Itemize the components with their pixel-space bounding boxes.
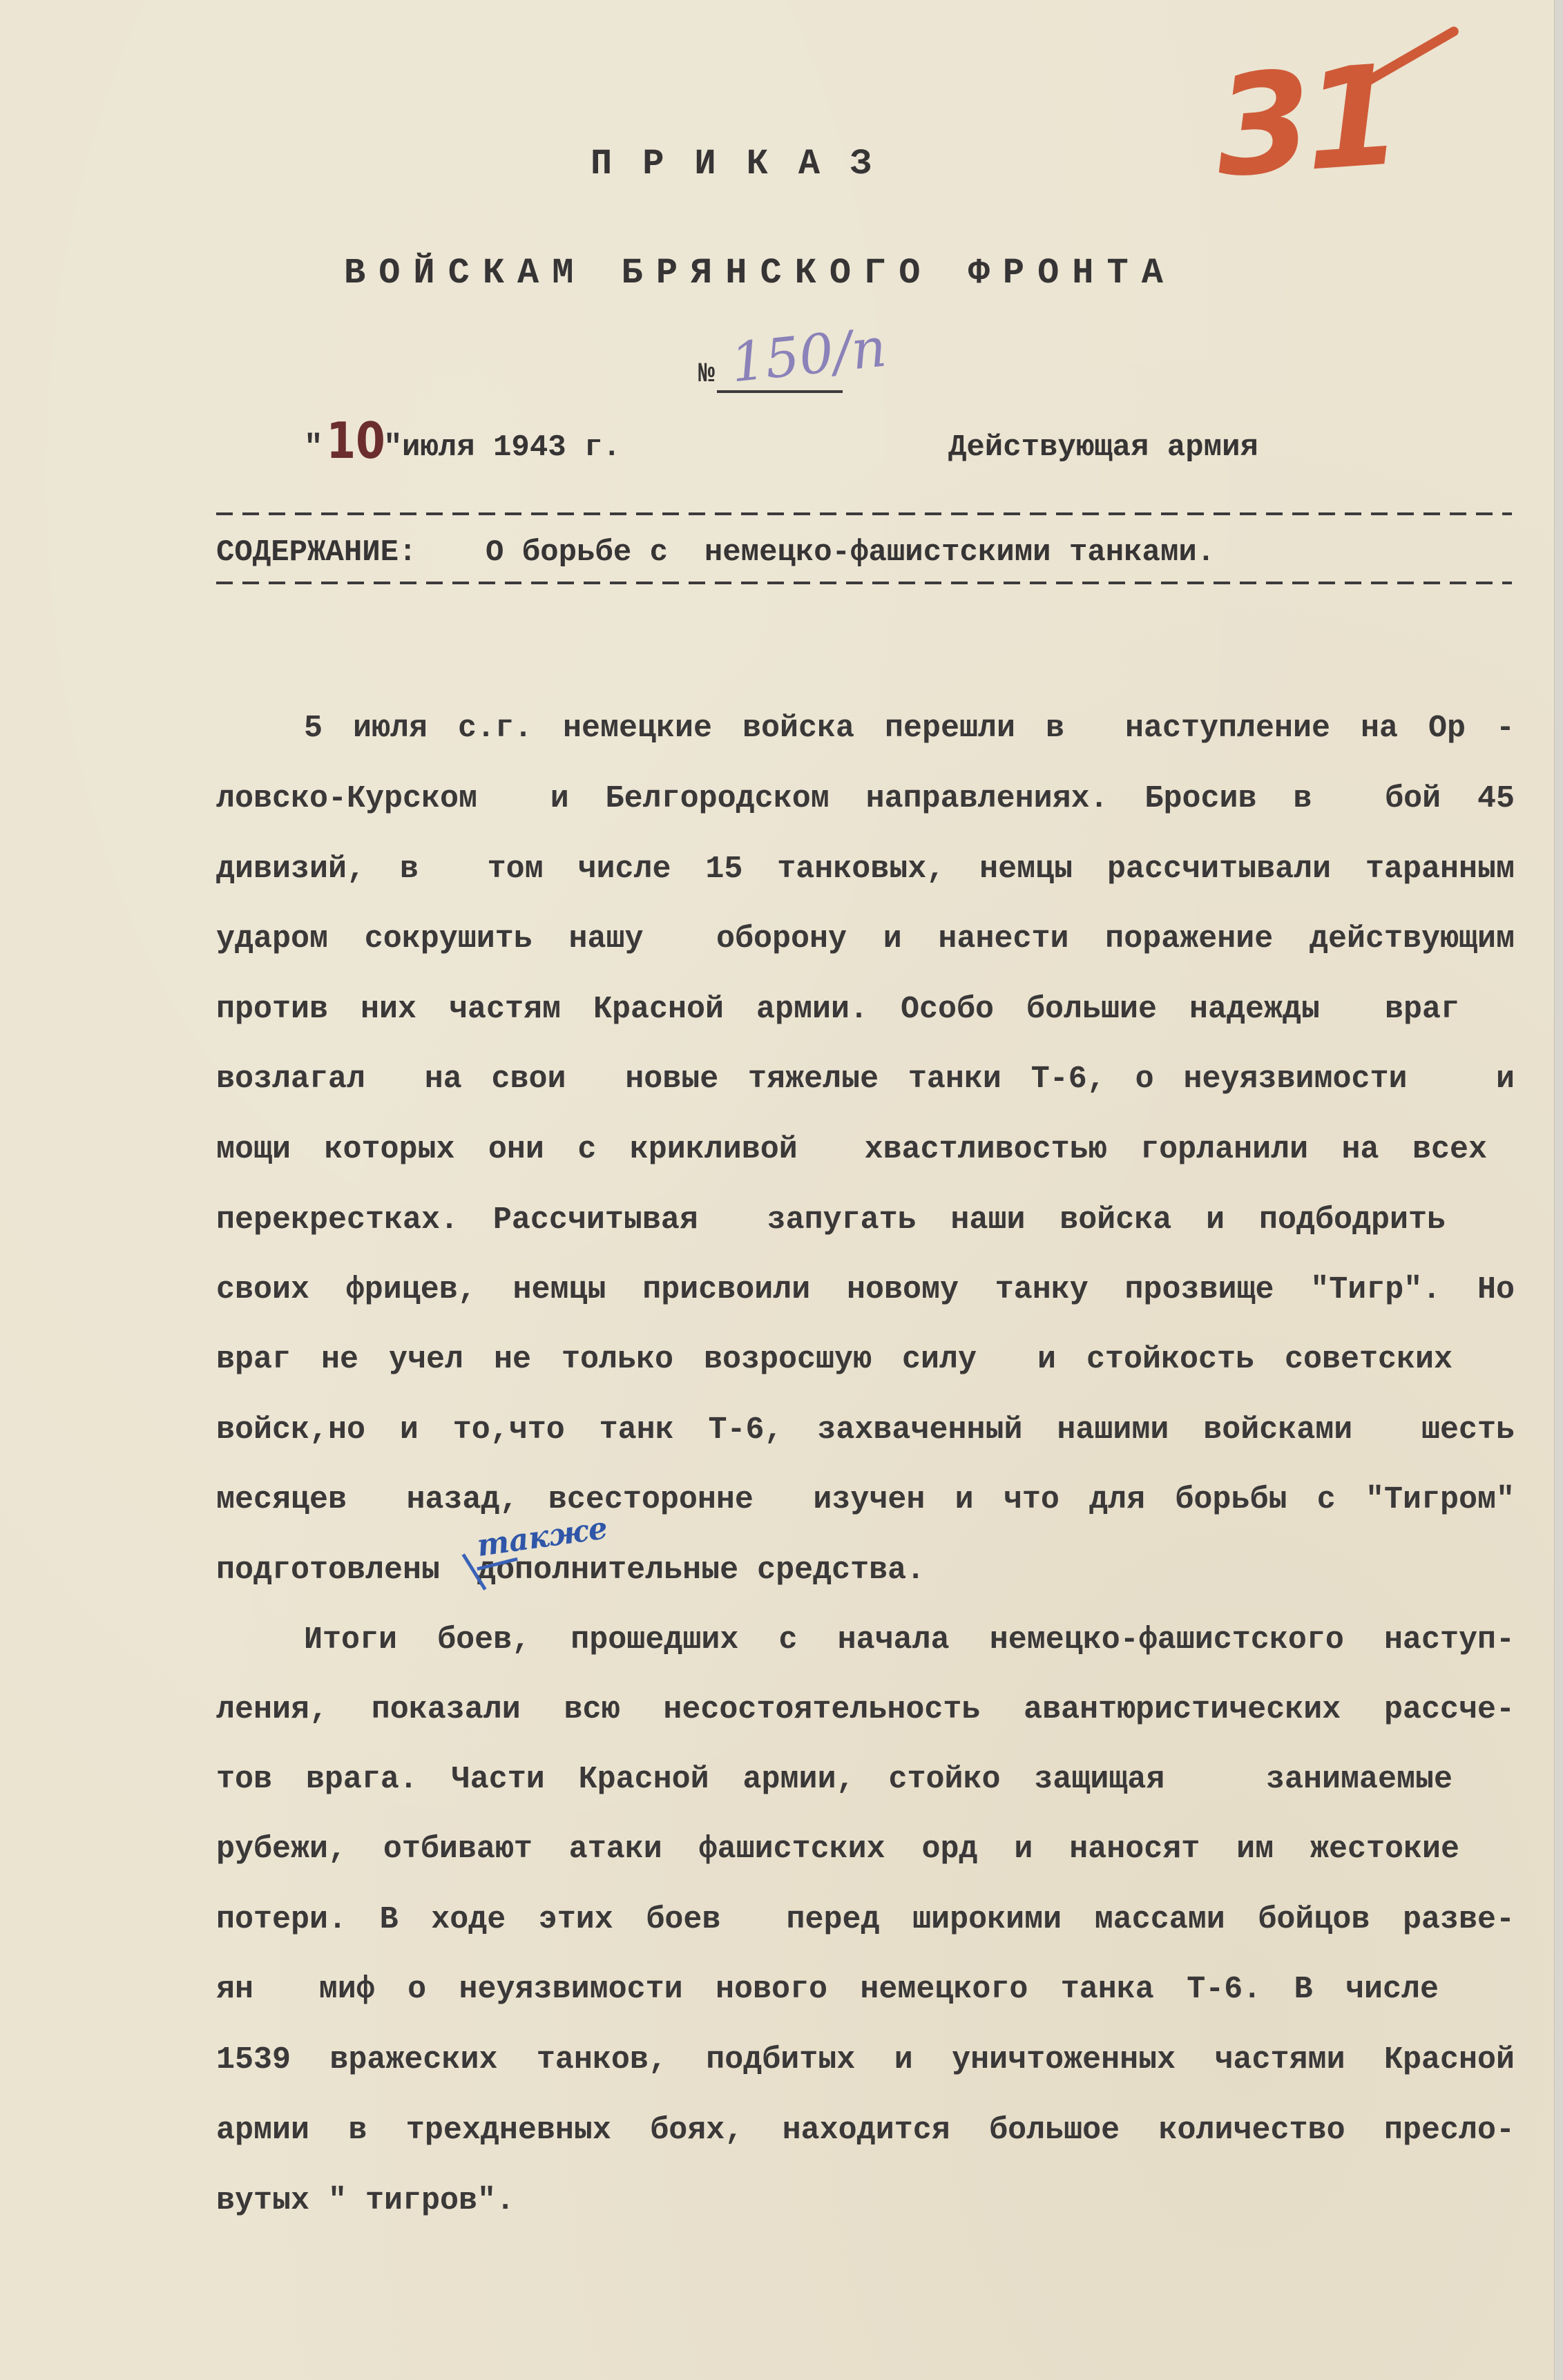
dashed-separator-bottom	[216, 582, 1512, 584]
paragraph-2-line-9: вутых " тигров".	[216, 2185, 1515, 2216]
paragraph-2-line-2: ления, показали всю несостоятельность ав…	[216, 1694, 1515, 1725]
paragraph-2-line-7: 1539 вражеских танков, подбитых и уничто…	[216, 2044, 1515, 2075]
paragraph-2-line-8: армии в трехдневных боях, находится боль…	[216, 2115, 1515, 2146]
paragraph-1-line-10: враг не учел не только возросшую силу и …	[216, 1344, 1452, 1375]
content-label: СОДЕРЖАНИЕ:	[216, 537, 416, 568]
content-subject: О борьбе с немецко-фашистскими танками.	[486, 537, 1215, 568]
paragraph-2-line-3: тов врага. Части Красной армии, стойко з…	[216, 1764, 1452, 1795]
date-close-quote: "	[383, 432, 403, 463]
paragraph-1-line-9: своих фрицев, немцы присвоили новому тан…	[216, 1274, 1515, 1305]
paragraph-2-line-5: потери. В ходе этих боев перед широкими …	[216, 1904, 1515, 1935]
paragraph-1-line-1: 5 июля с.г. немецкие войска перешли в на…	[304, 713, 1515, 744]
paragraph-1-line-5: против них частям Красной армии. Особо б…	[216, 994, 1459, 1025]
paragraph-1-line-6: возлагал на свои новые тяжелые танки Т-6…	[216, 1064, 1515, 1095]
date-open-quote: "	[304, 432, 323, 463]
date-text: июля 1943 г.	[402, 432, 621, 463]
handwritten-date-day: 10	[327, 412, 385, 470]
paragraph-1-line-2: ловско-Курском и Белгородском направлени…	[216, 783, 1515, 814]
paragraph-2-line-1: Итоги боев, прошедших с начала немецко-ф…	[304, 1624, 1515, 1656]
paragraph-1-line-3: дивизий, в том числе 15 танковых, немцы …	[216, 854, 1515, 885]
paragraph-1-line-4: ударом сокрушить нашу оборону и нанести …	[216, 923, 1515, 954]
paragraph-1-line-7: мощи которых они с крикливой хвастливост…	[216, 1134, 1487, 1165]
paragraph-2-line-4: рубежи, отбивают атаки фашистских орд и …	[216, 1834, 1459, 1865]
page-edge	[1554, 0, 1563, 2380]
paragraph-1-line-11: войск,но и то,что танк Т-6, захваченный …	[216, 1414, 1515, 1446]
dashed-separator-top	[216, 512, 1512, 515]
paragraph-1-line-8: перекрестках. Рассчитывая запугать наши …	[216, 1205, 1446, 1236]
location-text: Действующая армия	[948, 432, 1258, 463]
document-subtitle: ВОЙСКАМ БРЯНСКОГО ФРОНТА	[344, 256, 1176, 291]
paragraph-1-line-13: подготовлены дополнительные средства.	[216, 1555, 1515, 1586]
number-sign: №	[698, 361, 715, 389]
document-title: ПРИКАЗ	[591, 146, 902, 182]
paragraph-2-line-6: ян миф о неуязвимости нового немецкого т…	[216, 1974, 1439, 2005]
handwritten-page-number: 31	[1210, 35, 1399, 208]
paragraph-1-line-12: месяцев назад, всесторонне изучен и что …	[216, 1484, 1515, 1515]
